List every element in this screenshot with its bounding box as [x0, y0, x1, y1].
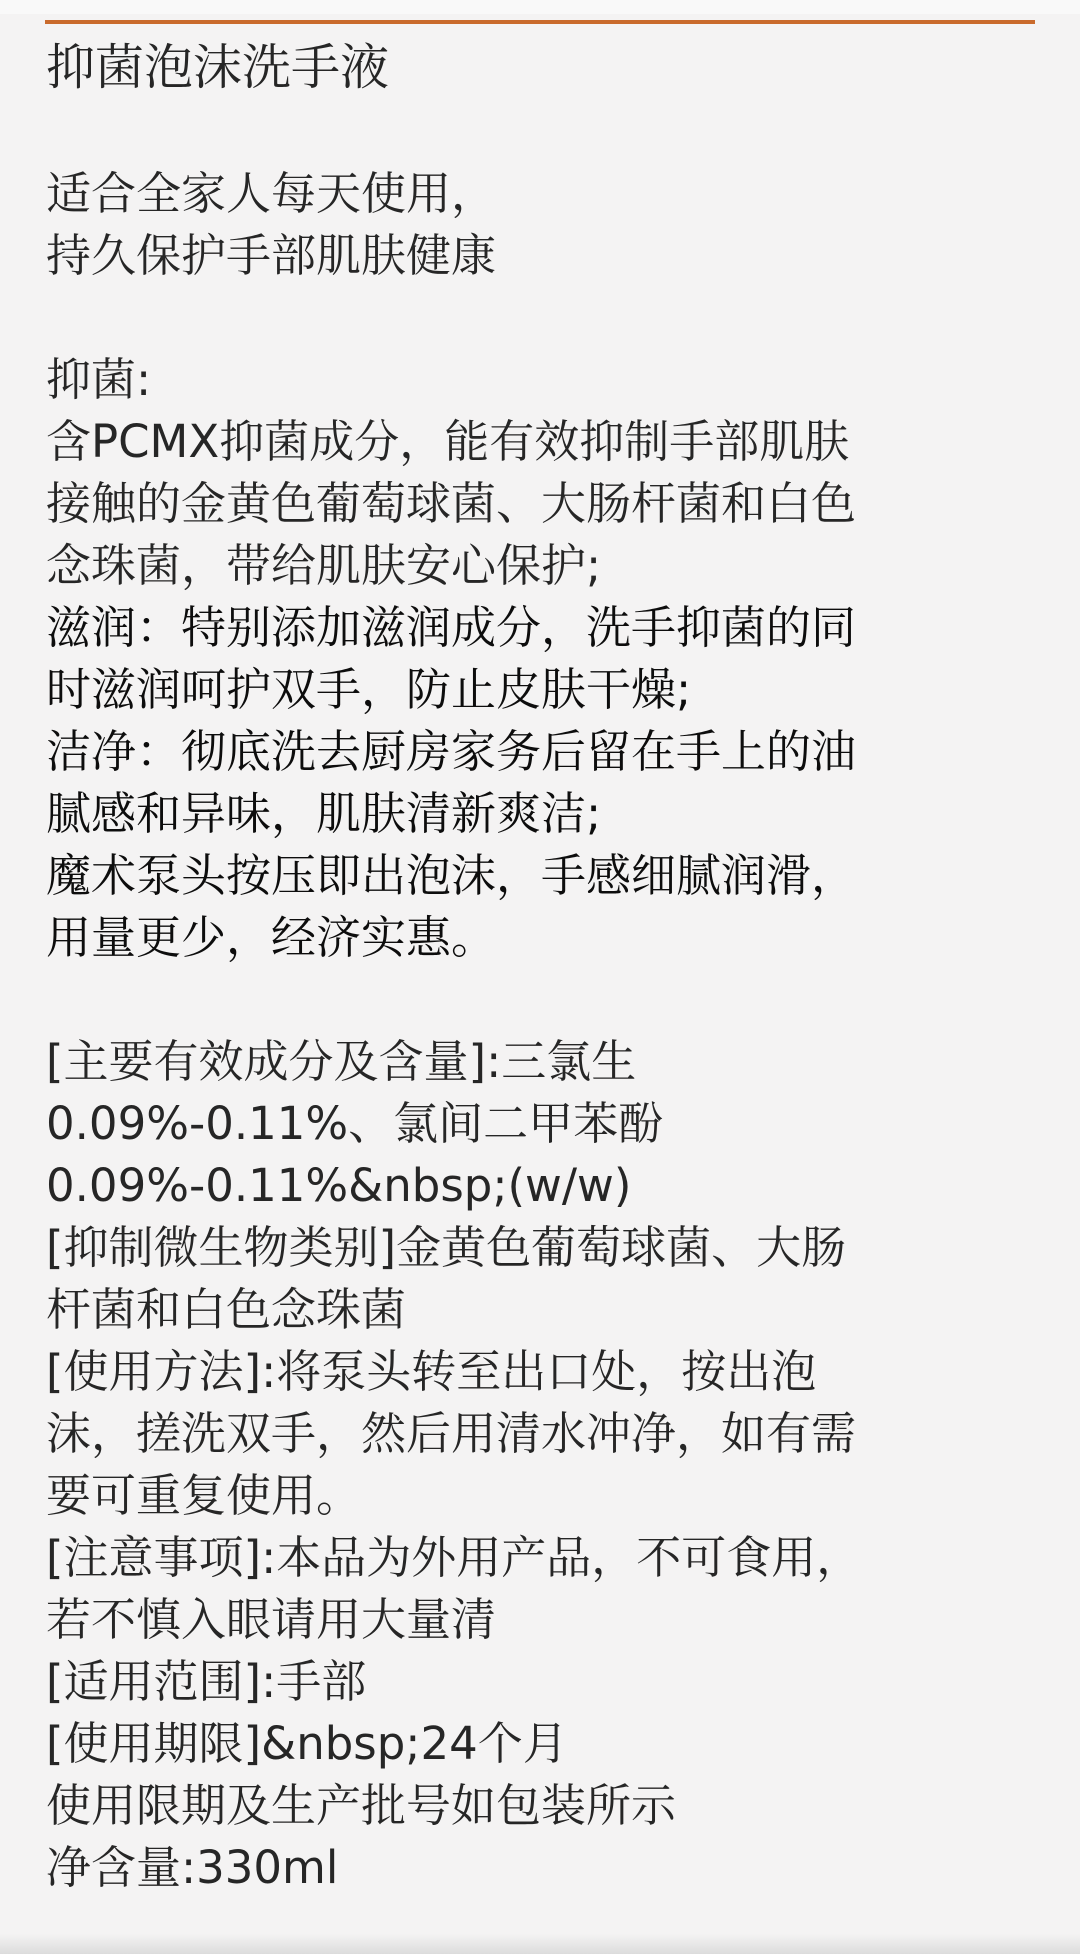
spacer: [46, 102, 1046, 163]
spec-line: [主要有效成分及含量]:三氯生: [46, 1031, 1046, 1093]
features-section: 抑菌: 含PCMX抑菌成分，能有效抑制手部肌肤 接触的金黄色葡萄球菌、大肠杆菌和…: [46, 349, 1046, 969]
spec-line: 0.09%-0.11%&nbsp;(w/w): [46, 1155, 1046, 1217]
spec-line: 0.09%-0.11%、氯间二甲苯酚: [46, 1093, 1046, 1155]
spec-line: [抑制微生物类别]金黄色葡萄球菌、大肠: [46, 1217, 1046, 1279]
spec-line: [使用方法]:将泵头转至出口处，按出泡: [46, 1341, 1046, 1403]
feature-line: 滋润：特别添加滋润成分，洗手抑菌的同: [46, 597, 1046, 659]
feature-line: 含PCMX抑菌成分，能有效抑制手部肌肤: [46, 411, 1046, 473]
spec-line: 若不慎入眼请用大量清: [46, 1589, 1046, 1651]
feature-line: 时滋润呵护双手，防止皮肤干燥;: [46, 659, 1046, 721]
spec-line: [注意事项]:本品为外用产品，不可食用，: [46, 1527, 1046, 1589]
spacer: [46, 969, 1046, 1031]
spec-line: 要可重复使用。: [46, 1465, 1046, 1527]
feature-line: 接触的金黄色葡萄球菌、大肠杆菌和白色: [46, 473, 1046, 535]
product-title: 抑菌泡沫洗手液: [46, 34, 1046, 102]
spec-line: [使用期限]&nbsp;24个月: [46, 1713, 1046, 1775]
feature-line: 洁净：彻底洗去厨房家务后留在手上的油: [46, 721, 1046, 783]
feature-line: 魔术泵头按压即出泡沫，手感细腻润滑，: [46, 845, 1046, 907]
tagline-line: 持久保护手部肌肤健康: [46, 225, 1046, 287]
spec-line: [适用范围]:手部: [46, 1651, 1046, 1713]
feature-line: 用量更少，经济实惠。: [46, 907, 1046, 969]
feature-line: 念珠菌，带给肌肤安心保护;: [46, 535, 1046, 597]
spec-line: 净含量:330ml: [46, 1837, 1046, 1899]
antibacterial-label: 抑菌:: [46, 349, 1046, 411]
spacer: [46, 287, 1046, 349]
accent-divider: [45, 20, 1035, 24]
specs-section: [主要有效成分及含量]:三氯生 0.09%-0.11%、氯间二甲苯酚 0.09%…: [46, 1031, 1046, 1899]
spec-line: 杆菌和白色念珠菌: [46, 1279, 1046, 1341]
product-description: 抑菌泡沫洗手液 适合全家人每天使用， 持久保护手部肌肤健康 抑菌: 含PCMX抑…: [46, 34, 1046, 1899]
tagline: 适合全家人每天使用， 持久保护手部肌肤健康: [46, 163, 1046, 287]
spec-line: 沫，搓洗双手，然后用清水冲净，如有需: [46, 1403, 1046, 1465]
spec-line: 使用限期及生产批号如包装所示: [46, 1775, 1046, 1837]
top-strip: [0, 0, 1080, 14]
bottom-shadow: [0, 1934, 1080, 1954]
feature-line: 腻感和异味，肌肤清新爽洁;: [46, 783, 1046, 845]
tagline-line: 适合全家人每天使用，: [46, 163, 1046, 225]
